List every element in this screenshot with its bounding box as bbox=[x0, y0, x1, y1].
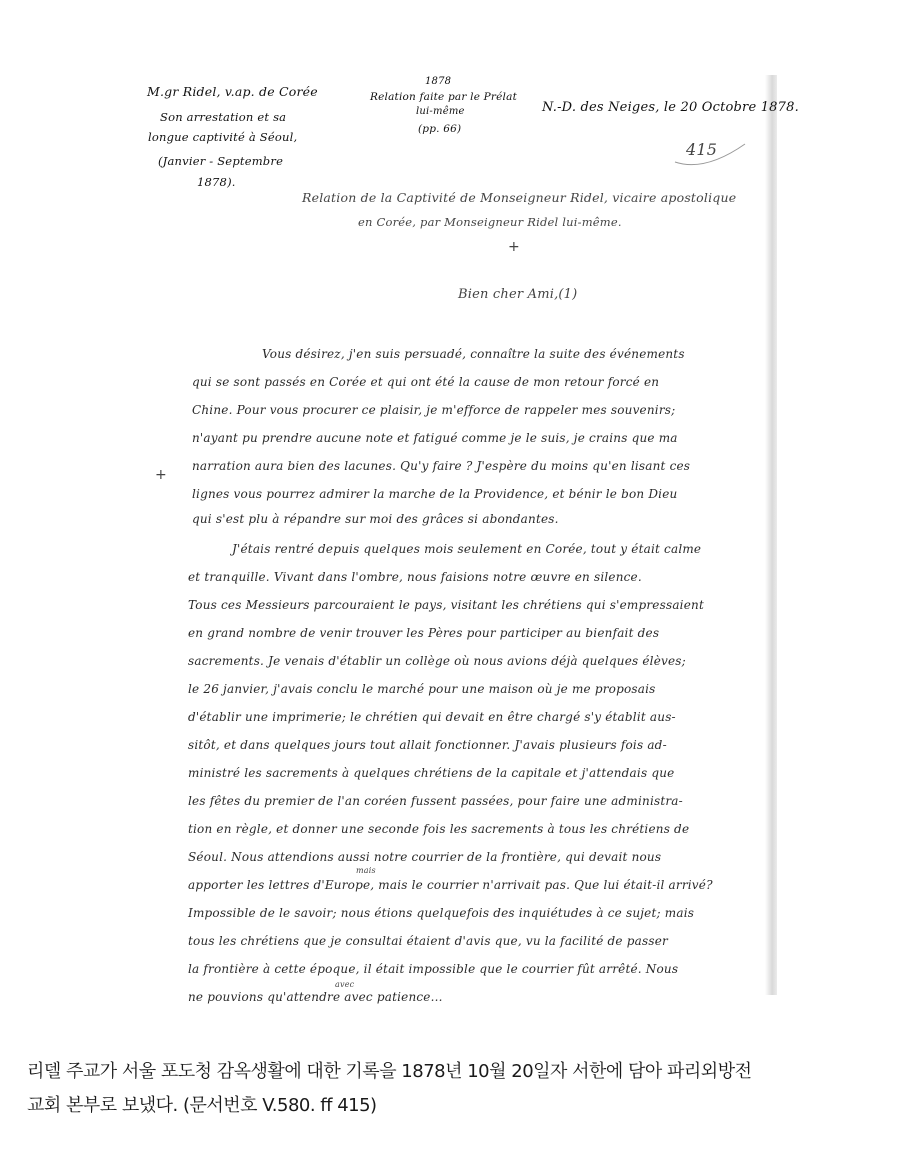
insertion-note: avec bbox=[335, 980, 354, 989]
body-line: apporter les lettres d'Europe, mais le c… bbox=[188, 878, 713, 892]
body-line: la frontière à cette époque, il était im… bbox=[188, 962, 678, 976]
insertion-note: mais bbox=[356, 866, 376, 875]
caption-line2: 교회 본부로 보냈다. (문서번호 V.580. ff 415) bbox=[27, 1089, 887, 1123]
page-edge-shadow bbox=[765, 75, 777, 995]
margin-note-line: Son arrestation et sa bbox=[160, 110, 286, 124]
body-line: ministré les sacrements à quelques chrét… bbox=[188, 766, 674, 780]
center-note-line: Relation faite par le Prélat bbox=[370, 91, 517, 103]
salutation: Bien cher Ami,(1) bbox=[458, 287, 577, 302]
center-note-line: lui-même bbox=[416, 106, 465, 117]
body-line: Chine. Pour vous procurer ce plaisir, je… bbox=[192, 403, 675, 417]
body-line: en grand nombre de venir trouver les Pèr… bbox=[188, 626, 659, 640]
body-line: sacrements. Je venais d'établir un collè… bbox=[188, 654, 686, 668]
body-line: le 26 janvier, j'avais conclu le marché … bbox=[188, 682, 656, 696]
body-line: tous les chrétiens que je consultai étai… bbox=[188, 934, 668, 948]
margin-note-line: longue captivité à Séoul, bbox=[148, 130, 297, 144]
cross-mark: + bbox=[508, 239, 520, 255]
body-line: sitôt, et dans quelques jours tout allai… bbox=[188, 738, 667, 752]
body-line: Impossible de le savoir; nous étions que… bbox=[188, 906, 694, 920]
body-line: J'étais rentré depuis quelques mois seul… bbox=[232, 542, 701, 556]
body-line: narration aura bien des lacunes. Qu'y fa… bbox=[192, 459, 690, 473]
dateline: N.-D. des Neiges, le 20 Octobre 1878. bbox=[542, 100, 799, 115]
folio-underline-mark bbox=[670, 132, 750, 170]
figure-caption: 리델 주교가 서울 포도청 감옥생활에 대한 기록을 1878년 10월 20일… bbox=[27, 1055, 887, 1123]
body-line: qui se sont passés en Corée et qui ont é… bbox=[192, 375, 659, 389]
body-line: tion en règle, et donner une seconde foi… bbox=[188, 822, 689, 836]
body-line: qui s'est plu à répandre sur moi des grâ… bbox=[192, 512, 559, 526]
margin-note-line: (Janvier - Septembre bbox=[158, 154, 283, 168]
center-note-year: 1878 bbox=[425, 76, 451, 87]
caption-line1: 리델 주교가 서울 포도청 감옥생활에 대한 기록을 1878년 10월 20일… bbox=[27, 1055, 887, 1089]
body-line: ne pouvions qu'attendre avec patience... bbox=[188, 990, 443, 1004]
body-line: d'établir une imprimerie; le chrétien qu… bbox=[188, 710, 676, 724]
body-line: et tranquille. Vivant dans l'ombre, nous… bbox=[188, 570, 642, 584]
document-title-line1: Relation de la Captivité de Monseigneur … bbox=[302, 190, 736, 205]
body-line: Séoul. Nous attendions aussi notre courr… bbox=[188, 850, 661, 864]
margin-note-line: M.gr Ridel, v.ap. de Corée bbox=[147, 84, 318, 99]
body-line: lignes vous pourrez admirer la marche de… bbox=[192, 487, 677, 501]
manuscript-page: M.gr Ridel, v.ap. de Corée Son arrestati… bbox=[0, 0, 908, 1030]
body-line: n'ayant pu prendre aucune note et fatigu… bbox=[192, 431, 678, 445]
margin-plus-mark: + bbox=[155, 467, 167, 483]
body-line: Tous ces Messieurs parcouraient le pays,… bbox=[188, 598, 704, 612]
document-title-line2: en Corée, par Monseigneur Ridel lui-même… bbox=[358, 215, 622, 229]
body-line: Vous désirez, j'en suis persuadé, connaî… bbox=[262, 347, 685, 361]
body-line: les fêtes du premier de l'an coréen fuss… bbox=[188, 794, 683, 808]
margin-note-line: 1878). bbox=[197, 175, 236, 189]
center-note-line: (pp. 66) bbox=[418, 123, 461, 135]
